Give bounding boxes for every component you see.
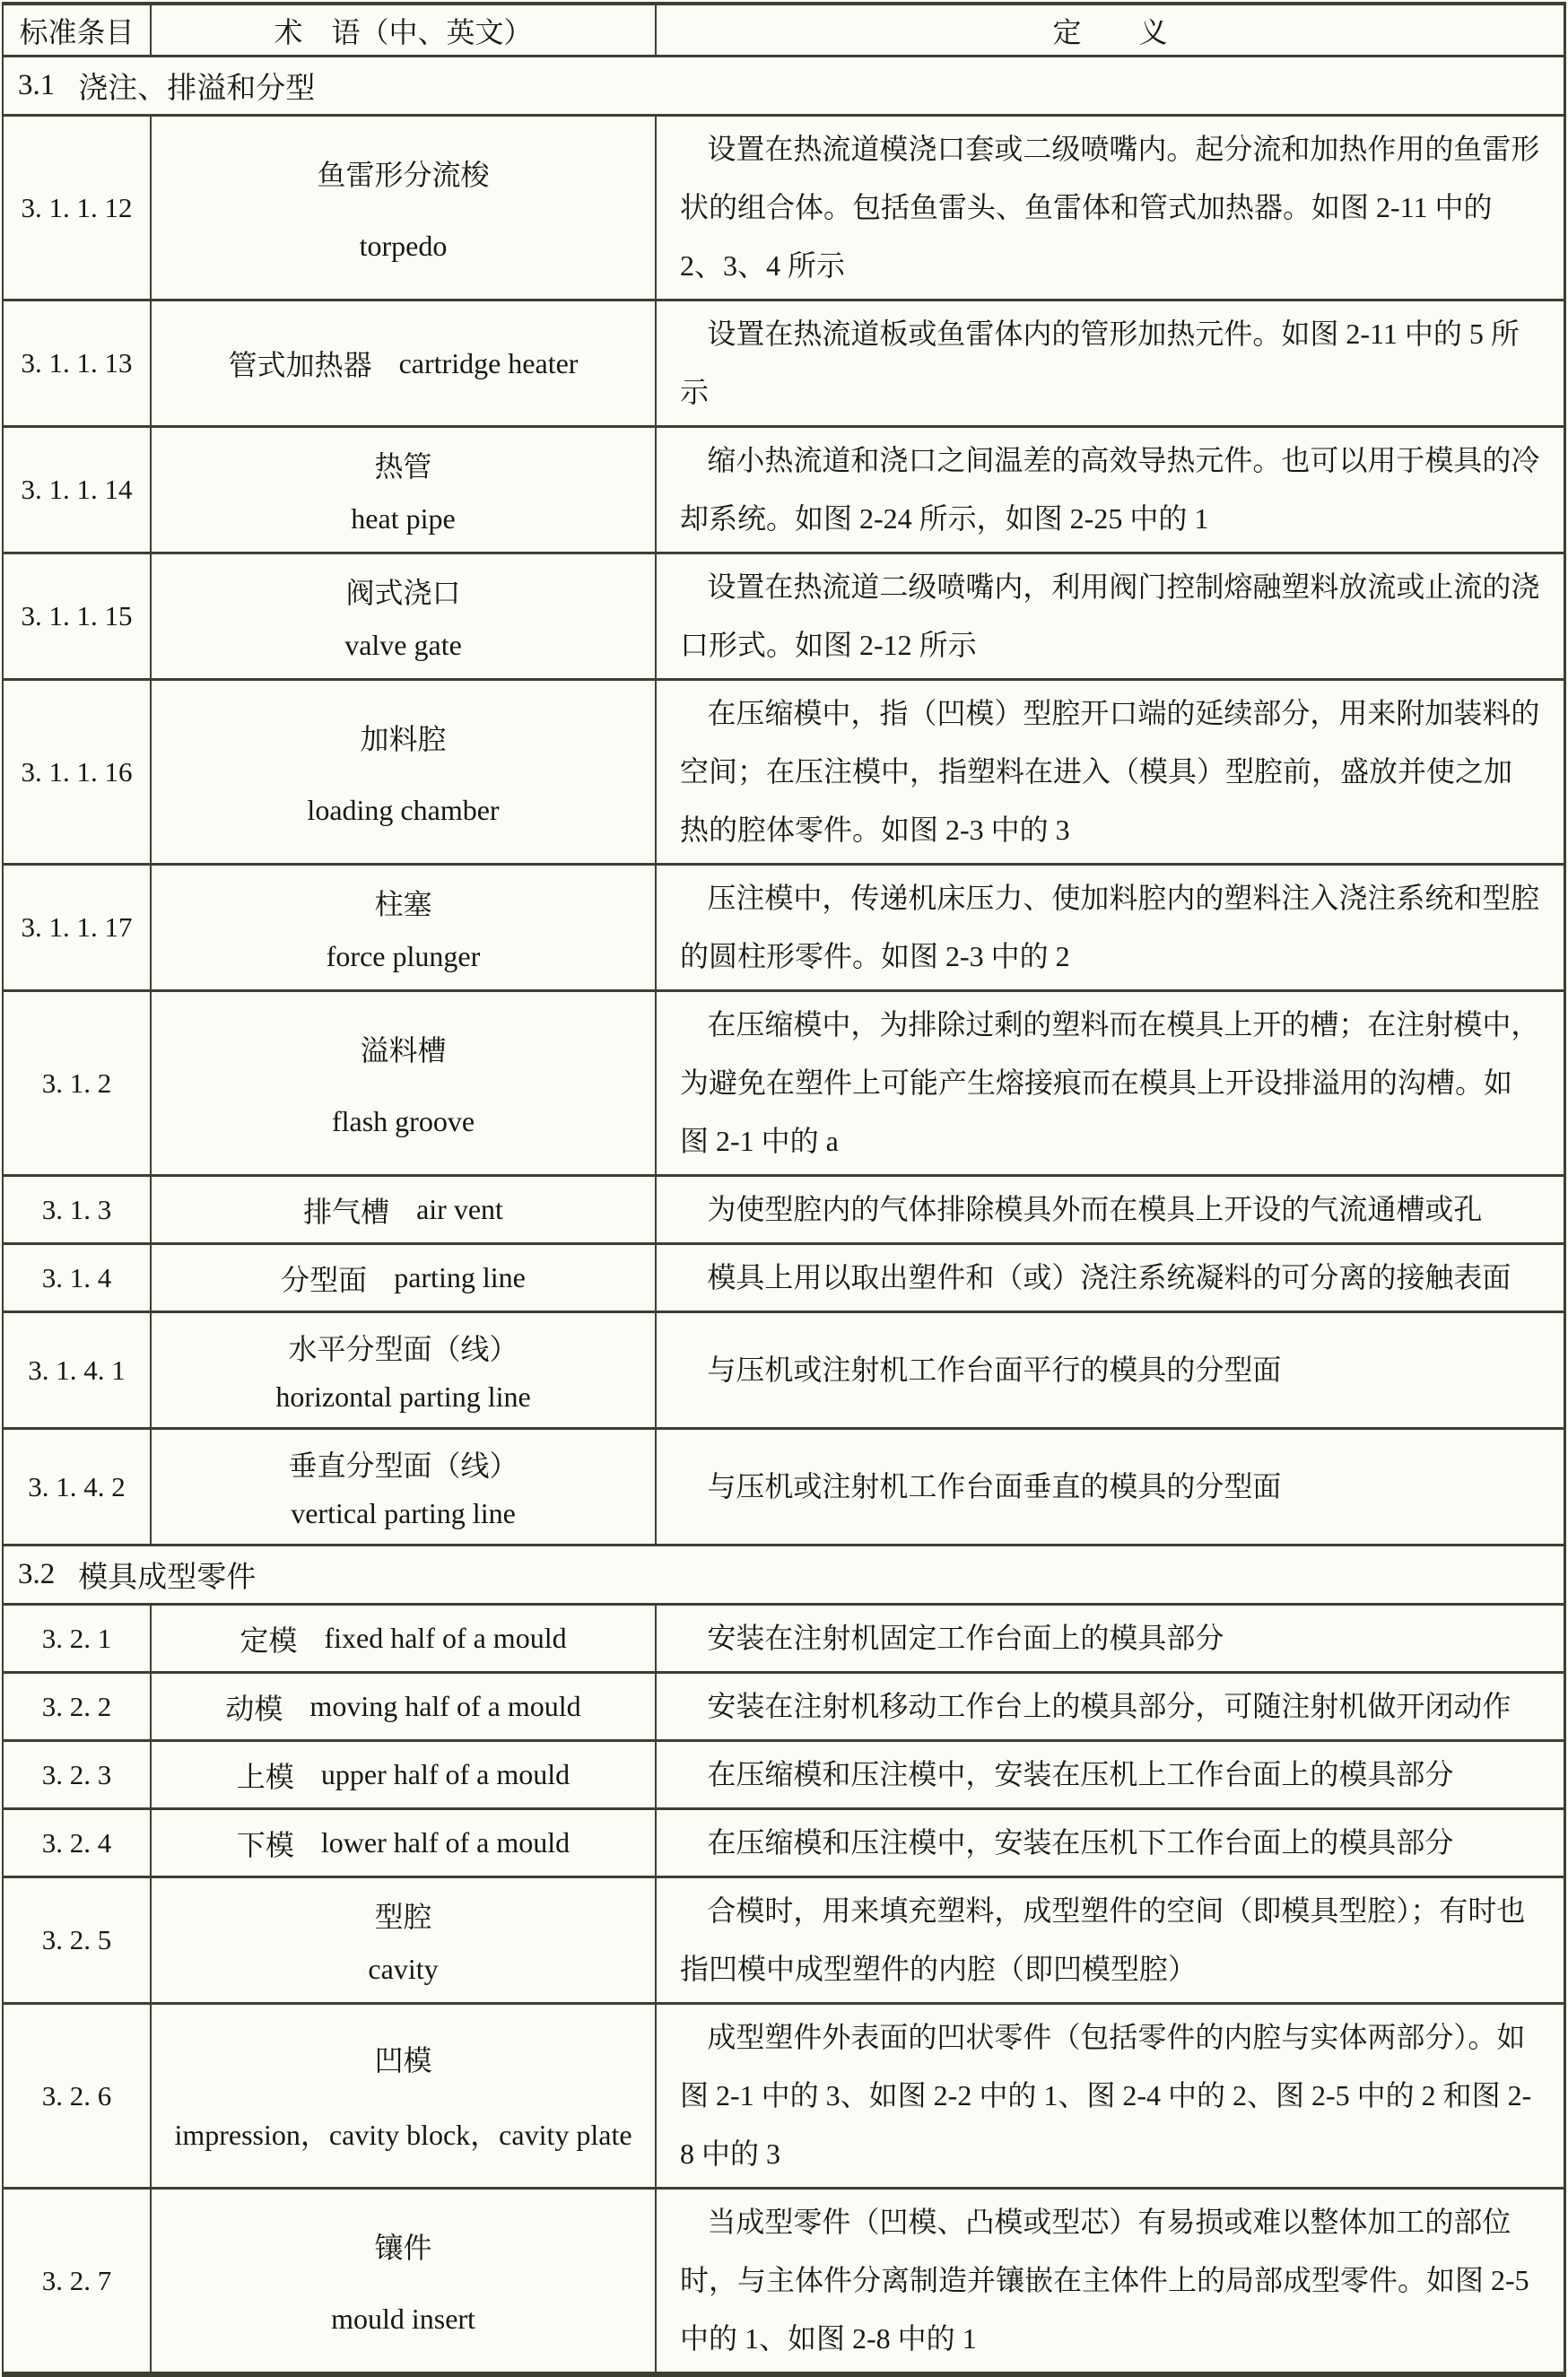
table-row: 3. 1. 1. 12鱼雷形分流梭torpedo设置在热流道模浇口套或二级喷嘴内… bbox=[4, 117, 1564, 301]
term-cell: 定模fixed half of a mould bbox=[152, 1606, 657, 1671]
term-english: impression，cavity block，cavity plate bbox=[174, 2112, 632, 2154]
term-chinese: 溢料槽 bbox=[360, 1028, 446, 1069]
entry-number: 3. 1. 3 bbox=[4, 1177, 152, 1242]
definition-cell: 在压缩模中，为排除过剩的塑料而在模具上开的槽；在注射模中，为避免在塑件上可能产生… bbox=[657, 992, 1564, 1174]
table-row: 3. 1. 2溢料槽flash groove在压缩模中，为排除过剩的塑料而在模具… bbox=[4, 992, 1564, 1177]
term-english: cartridge heater bbox=[399, 347, 579, 380]
definition-text: 与压机或注射机工作台面垂直的模具的分型面 bbox=[657, 1454, 1564, 1519]
definition-text: 成型塑件外表面的凹状零件（包括零件的内腔与实体两部分）。如图 2-1 中的 3、… bbox=[657, 2005, 1564, 2187]
term-cell: 阀式浇口valve gate bbox=[152, 554, 657, 678]
term-cell: 鱼雷形分流梭torpedo bbox=[152, 117, 657, 299]
term-english: moving half of a mould bbox=[309, 1690, 580, 1723]
table-header-row: 标准条目 术 语（中、英文） 定 义 bbox=[4, 5, 1564, 57]
section-title: 模具成型零件 bbox=[55, 1554, 256, 1596]
column-header-term: 术 语（中、英文） bbox=[152, 5, 657, 55]
term-english: force plunger bbox=[327, 940, 480, 973]
entry-number: 3. 1. 4. 2 bbox=[4, 1430, 152, 1544]
definition-cell: 成型塑件外表面的凹状零件（包括零件的内腔与实体两部分）。如图 2-1 中的 3、… bbox=[657, 2005, 1564, 2187]
entry-number: 3. 1. 1. 15 bbox=[4, 554, 152, 678]
table-body: 3.1浇注、排溢和分型3. 1. 1. 12鱼雷形分流梭torpedo设置在热流… bbox=[4, 57, 1564, 2372]
definition-cell: 为使型腔内的气体排除模具外而在模具上开设的气流通槽或孔 bbox=[657, 1177, 1564, 1242]
section-row: 3.1浇注、排溢和分型 bbox=[4, 57, 1564, 117]
section-number: 3.1 bbox=[4, 69, 55, 102]
definition-text: 模具上用以取出塑件和（或）浇注系统凝料的可分离的接触表面 bbox=[657, 1245, 1564, 1310]
table-row: 3. 2. 2动模moving half of a mould安装在注射机移动工… bbox=[4, 1674, 1564, 1742]
term-chinese: 定模 bbox=[240, 1618, 297, 1659]
term-chinese: 管式加热器 bbox=[229, 343, 372, 384]
table-row: 3. 1. 1. 17柱塞force plunger压注模中，传递机床压力、使加… bbox=[4, 866, 1564, 992]
table-row: 3. 1. 1. 14热管heat pipe缩小热流道和浇口之间温差的高效导热元… bbox=[4, 428, 1564, 554]
term-cell: 加料腔loading chamber bbox=[152, 681, 657, 863]
definition-text: 合模时，用来填充塑料，成型塑件的空间（即模具型腔）；有时也指凹模中成型塑件的内腔… bbox=[657, 1878, 1564, 2002]
definition-cell: 设置在热流道二级喷嘴内，利用阀门控制熔融塑料放流或止流的浇口形式。如图 2-12… bbox=[657, 554, 1564, 678]
table-row: 3. 2. 6凹模impression，cavity block，cavity … bbox=[4, 2005, 1564, 2190]
term-chinese: 型腔 bbox=[374, 1894, 431, 1936]
table-row: 3. 1. 1. 15阀式浇口valve gate设置在热流道二级喷嘴内，利用阀… bbox=[4, 554, 1564, 681]
table-row: 3. 2. 4下模lower half of a mould在压缩模和压注模中，… bbox=[4, 1810, 1564, 1878]
definition-cell: 合模时，用来填充塑料，成型塑件的空间（即模具型腔）；有时也指凹模中成型塑件的内腔… bbox=[657, 1878, 1564, 2002]
definition-cell: 压注模中，传递机床压力、使加料腔内的塑料注入浇注系统和型腔的圆柱形零件。如图 2… bbox=[657, 866, 1564, 989]
section-row: 3.2模具成型零件 bbox=[4, 1546, 1564, 1606]
term-english: valve gate bbox=[344, 629, 462, 662]
entry-number: 3. 1. 1. 16 bbox=[4, 681, 152, 863]
term-english: loading chamber bbox=[307, 794, 499, 827]
table-row: 3. 2. 5型腔cavity合模时，用来填充塑料，成型塑件的空间（即模具型腔）… bbox=[4, 1878, 1564, 2005]
definition-text: 设置在热流道模浇口套或二级喷嘴内。起分流和加热作用的鱼雷形状的组合体。包括鱼雷头… bbox=[657, 117, 1564, 299]
definition-text: 在压缩模中，为排除过剩的塑料而在模具上开的槽；在注射模中，为避免在塑件上可能产生… bbox=[657, 992, 1564, 1174]
term-cell: 上模upper half of a mould bbox=[152, 1742, 657, 1807]
definition-text: 缩小热流道和浇口之间温差的高效导热元件。也可以用于模具的冷却系统。如图 2-24… bbox=[657, 428, 1564, 552]
term-cell: 镶件mould insert bbox=[152, 2190, 657, 2372]
definition-text: 安装在注射机固定工作台面上的模具部分 bbox=[657, 1606, 1564, 1671]
entry-number: 3. 1. 2 bbox=[4, 992, 152, 1174]
table-row: 3. 1. 1. 16加料腔loading chamber在压缩模中，指（凹模）… bbox=[4, 681, 1564, 866]
term-cell: 分型面parting line bbox=[152, 1245, 657, 1310]
definition-cell: 缩小热流道和浇口之间温差的高效导热元件。也可以用于模具的冷却系统。如图 2-24… bbox=[657, 428, 1564, 552]
term-english: flash groove bbox=[332, 1105, 475, 1138]
entry-number: 3. 2. 5 bbox=[4, 1878, 152, 2002]
definition-text: 在压缩模中，指（凹模）型腔开口端的延续部分，用来附加装料的空间；在压注模中，指塑… bbox=[657, 681, 1564, 863]
definition-cell: 安装在注射机移动工作台上的模具部分，可随注射机做开闭动作 bbox=[657, 1674, 1564, 1739]
term-cell: 下模lower half of a mould bbox=[152, 1810, 657, 1876]
term-cell: 水平分型面（线）horizontal parting line bbox=[152, 1313, 657, 1427]
entry-number: 3. 2. 4 bbox=[4, 1810, 152, 1876]
definition-cell: 模具上用以取出塑件和（或）浇注系统凝料的可分离的接触表面 bbox=[657, 1245, 1564, 1310]
term-english: lower half of a mould bbox=[321, 1826, 570, 1859]
term-chinese: 加料腔 bbox=[360, 717, 446, 758]
term-chinese: 鱼雷形分流梭 bbox=[317, 152, 489, 194]
entry-number: 3. 2. 7 bbox=[4, 2190, 152, 2372]
term-cell: 动模moving half of a mould bbox=[152, 1674, 657, 1739]
term-chinese: 动模 bbox=[225, 1686, 283, 1728]
terminology-table: 标准条目 术 语（中、英文） 定 义 3.1浇注、排溢和分型3. 1. 1. 1… bbox=[2, 2, 1566, 2377]
term-chinese: 凹模 bbox=[374, 2038, 431, 2079]
document-page: 标准条目 术 语（中、英文） 定 义 3.1浇注、排溢和分型3. 1. 1. 1… bbox=[0, 0, 1568, 2377]
table-row: 3. 2. 7镶件mould insert当成型零件（凹模、凸模或型芯）有易损或… bbox=[4, 2190, 1564, 2372]
term-cell: 垂直分型面（线）vertical parting line bbox=[152, 1430, 657, 1544]
term-cell: 型腔cavity bbox=[152, 1878, 657, 2002]
table-row: 3. 1. 4分型面parting line模具上用以取出塑件和（或）浇注系统凝… bbox=[4, 1245, 1564, 1313]
definition-cell: 在压缩模中，指（凹模）型腔开口端的延续部分，用来附加装料的空间；在压注模中，指塑… bbox=[657, 681, 1564, 863]
definition-text: 当成型零件（凹模、凸模或型芯）有易损或难以整体加工的部位时，与主体件分离制造并镶… bbox=[657, 2190, 1564, 2372]
term-chinese: 水平分型面（线） bbox=[288, 1327, 518, 1368]
term-english: horizontal parting line bbox=[275, 1380, 530, 1414]
column-header-entry: 标准条目 bbox=[4, 5, 152, 55]
definition-text: 与压机或注射机工作台面平行的模具的分型面 bbox=[657, 1337, 1564, 1403]
entry-number: 3. 1. 1. 17 bbox=[4, 866, 152, 989]
entry-number: 3. 2. 3 bbox=[4, 1742, 152, 1807]
term-chinese: 柱塞 bbox=[374, 882, 431, 923]
definition-cell: 在压缩模和压注模中，安装在压机上工作台面上的模具部分 bbox=[657, 1742, 1564, 1807]
definition-text: 设置在热流道板或鱼雷体内的管形加热元件。如图 2-11 中的 5 所示 bbox=[657, 301, 1564, 425]
definition-text: 在压缩模和压注模中，安装在压机上工作台面上的模具部分 bbox=[657, 1742, 1564, 1807]
table-row: 3. 1. 4. 2垂直分型面（线）vertical parting line与… bbox=[4, 1430, 1564, 1546]
definition-cell: 设置在热流道模浇口套或二级喷嘴内。起分流和加热作用的鱼雷形状的组合体。包括鱼雷头… bbox=[657, 117, 1564, 299]
term-cell: 管式加热器cartridge heater bbox=[152, 301, 657, 425]
entry-number: 3. 1. 4 bbox=[4, 1245, 152, 1310]
entry-number: 3. 2. 2 bbox=[4, 1674, 152, 1739]
term-english: upper half of a mould bbox=[321, 1758, 570, 1791]
section-title: 浇注、排溢和分型 bbox=[55, 65, 315, 107]
table-row: 3. 2. 1定模fixed half of a mould安装在注射机固定工作… bbox=[4, 1606, 1564, 1674]
term-chinese: 下模 bbox=[237, 1823, 294, 1864]
definition-cell: 安装在注射机固定工作台面上的模具部分 bbox=[657, 1606, 1564, 1671]
definition-cell: 与压机或注射机工作台面平行的模具的分型面 bbox=[657, 1313, 1564, 1427]
term-chinese: 镶件 bbox=[374, 2225, 431, 2267]
term-english: torpedo bbox=[360, 230, 448, 263]
entry-number: 3. 2. 6 bbox=[4, 2005, 152, 2187]
table-row: 3. 1. 1. 13管式加热器cartridge heater设置在热流道板或… bbox=[4, 301, 1564, 428]
column-header-definition: 定 义 bbox=[657, 5, 1564, 55]
table-row: 3. 2. 3上模upper half of a mould在压缩模和压注模中，… bbox=[4, 1742, 1564, 1810]
term-english: mould insert bbox=[331, 2303, 475, 2336]
definition-text: 设置在热流道二级喷嘴内，利用阀门控制熔融塑料放流或止流的浇口形式。如图 2-12… bbox=[657, 554, 1564, 678]
section-number: 3.2 bbox=[4, 1558, 55, 1591]
term-cell: 柱塞force plunger bbox=[152, 866, 657, 989]
term-chinese: 分型面 bbox=[281, 1258, 367, 1299]
term-cell: 凹模impression，cavity block，cavity plate bbox=[152, 2005, 657, 2187]
term-english: cavity bbox=[368, 1953, 438, 1986]
term-chinese: 热管 bbox=[374, 444, 431, 485]
term-english: parting line bbox=[394, 1261, 526, 1294]
term-chinese: 阀式浇口 bbox=[345, 570, 460, 612]
term-chinese: 排气槽 bbox=[303, 1189, 389, 1231]
definition-text: 压注模中，传递机床压力、使加料腔内的塑料注入浇注系统和型腔的圆柱形零件。如图 2… bbox=[657, 866, 1564, 989]
table-row: 3. 1. 3排气槽air vent为使型腔内的气体排除模具外而在模具上开设的气… bbox=[4, 1177, 1564, 1245]
term-english: air vent bbox=[416, 1193, 503, 1226]
table-row: 3. 1. 4. 1水平分型面（线）horizontal parting lin… bbox=[4, 1313, 1564, 1430]
term-chinese: 垂直分型面（线） bbox=[288, 1443, 518, 1485]
definition-text: 在压缩模和压注模中，安装在压机下工作台面上的模具部分 bbox=[657, 1810, 1564, 1876]
term-cell: 溢料槽flash groove bbox=[152, 992, 657, 1174]
term-cell: 热管heat pipe bbox=[152, 428, 657, 552]
entry-number: 3. 2. 1 bbox=[4, 1606, 152, 1671]
term-english: fixed half of a mould bbox=[324, 1622, 566, 1655]
term-cell: 排气槽air vent bbox=[152, 1177, 657, 1242]
entry-number: 3. 1. 4. 1 bbox=[4, 1313, 152, 1427]
entry-number: 3. 1. 1. 14 bbox=[4, 428, 152, 552]
definition-cell: 在压缩模和压注模中，安装在压机下工作台面上的模具部分 bbox=[657, 1810, 1564, 1876]
definition-cell: 与压机或注射机工作台面垂直的模具的分型面 bbox=[657, 1430, 1564, 1544]
entry-number: 3. 1. 1. 13 bbox=[4, 301, 152, 425]
definition-text: 安装在注射机移动工作台上的模具部分，可随注射机做开闭动作 bbox=[657, 1674, 1564, 1739]
definition-cell: 当成型零件（凹模、凸模或型芯）有易损或难以整体加工的部位时，与主体件分离制造并镶… bbox=[657, 2190, 1564, 2372]
term-english: vertical parting line bbox=[291, 1497, 516, 1530]
term-chinese: 上模 bbox=[237, 1754, 294, 1796]
definition-cell: 设置在热流道板或鱼雷体内的管形加热元件。如图 2-11 中的 5 所示 bbox=[657, 301, 1564, 425]
entry-number: 3. 1. 1. 12 bbox=[4, 117, 152, 299]
term-english: heat pipe bbox=[351, 502, 455, 535]
definition-text: 为使型腔内的气体排除模具外而在模具上开设的气流通槽或孔 bbox=[657, 1177, 1564, 1242]
